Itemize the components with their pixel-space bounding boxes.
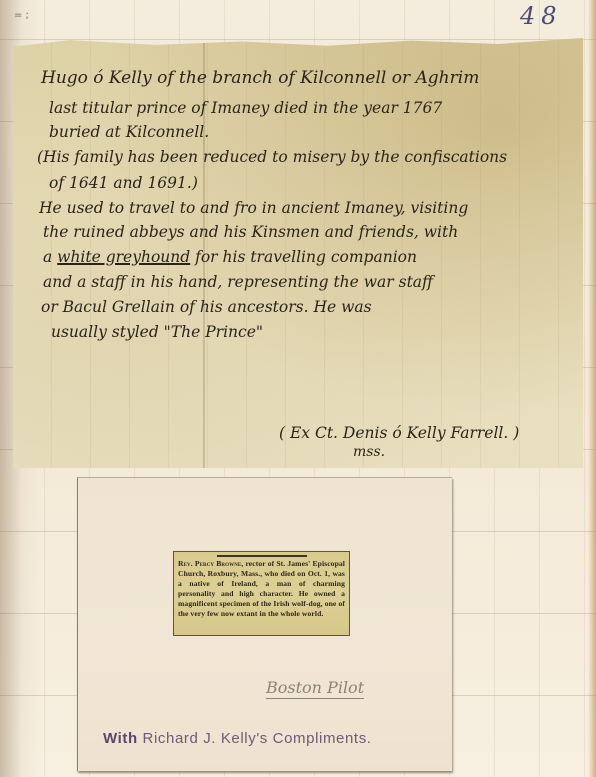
note-line: a white greyhound for his travelling com… — [43, 248, 417, 266]
note-text: a — [43, 248, 57, 266]
note-line: usually styled "The Prince" — [51, 323, 263, 341]
clipping-rule — [217, 555, 307, 557]
note-line: He used to travel to and fro in ancient … — [39, 199, 468, 217]
compliments-prefix: With — [103, 730, 138, 747]
corner-mark: = ; — [14, 10, 29, 21]
source-mss: mss. — [353, 444, 385, 460]
clipping-lead: Rev. Percy Browne, — [178, 559, 243, 568]
compliments-text: Richard J. Kelly's Compliments. — [138, 730, 372, 747]
note-line: or Bacul Grellain of his ancestors. He w… — [41, 298, 372, 316]
note-line: last titular prince of Imaney died in th… — [49, 99, 442, 117]
compliments-line: With Richard J. Kelly's Compliments. — [103, 730, 372, 747]
note-text: for his travelling companion — [190, 248, 417, 266]
handwritten-source: Boston Pilot — [266, 678, 364, 699]
page-number: 48 — [520, 2, 563, 30]
clipping-text: Rev. Percy Browne, rector of St. James' … — [178, 559, 345, 620]
note-line: (His family has been reduced to misery b… — [37, 148, 507, 166]
underlined-phrase: white greyhound — [57, 248, 190, 266]
compliments-card: Rev. Percy Browne, rector of St. James' … — [77, 477, 452, 771]
handwritten-note: Hugo ó Kelly of the branch of Kilconnell… — [13, 38, 583, 468]
note-line: of 1641 and 1691.) — [49, 174, 198, 192]
note-line: buried at Kilconnell. — [49, 123, 209, 141]
newspaper-clipping: Rev. Percy Browne, rector of St. James' … — [173, 551, 350, 636]
note-line: the ruined abbeys and his Kinsmen and fr… — [43, 223, 458, 241]
note-line: Hugo ó Kelly of the branch of Kilconnell… — [41, 68, 479, 88]
page-edge — [588, 0, 596, 777]
source-reference: ( Ex Ct. Denis ó Kelly Farrell. ) — [279, 424, 519, 442]
note-line: and a staff in his hand, representing th… — [43, 273, 433, 291]
